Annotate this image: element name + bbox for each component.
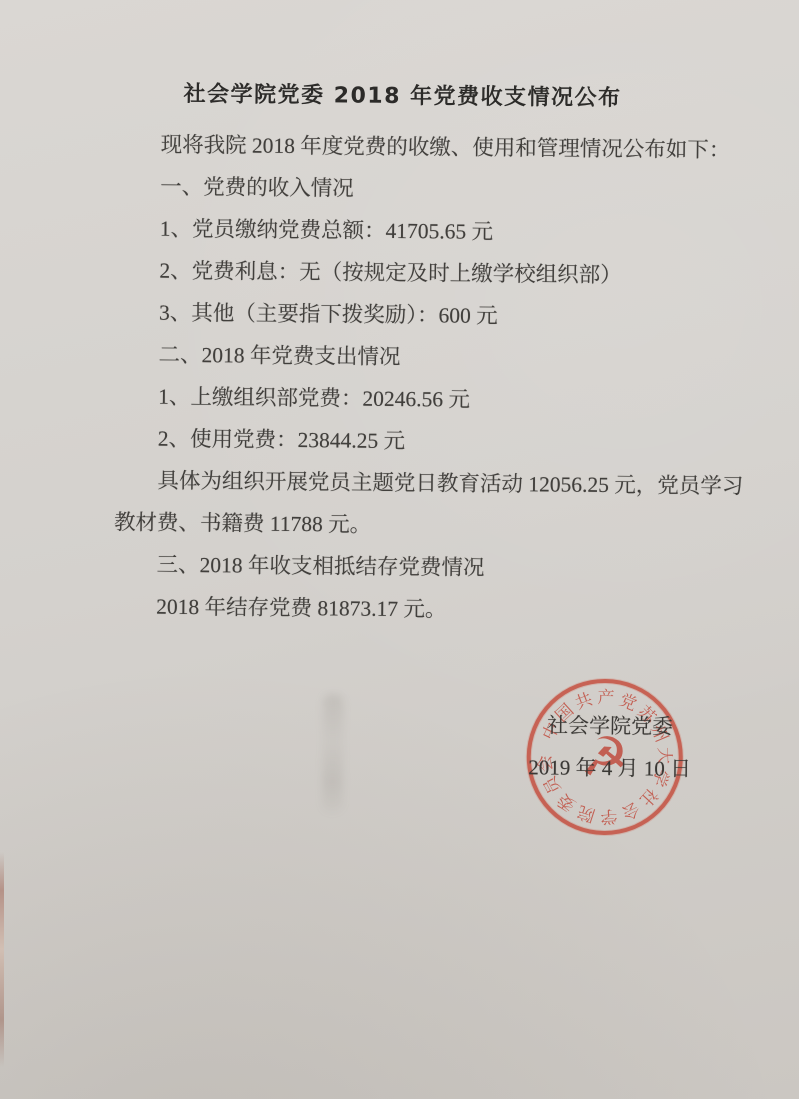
paragraph-section-1-heading: 一、党费的收入情况 [117, 165, 761, 213]
paragraph-income-item-1: 1、党员缴纳党费总额：41705.65 元 [117, 207, 761, 255]
seal-ring-char: 院 [575, 801, 597, 825]
paragraph-section-3-heading: 三、2018 年收支相抵结存党费情况 [113, 543, 757, 591]
paragraph-expense-detail: 具体为组织开展党员主题党日教育活动 12056.25 元，党员学习教材费、书籍费… [114, 459, 759, 549]
signature-org: 社会学院党委 [480, 704, 740, 748]
seal-ring-char: 委 [554, 789, 580, 815]
photographed-document: 社会学院党委 2018 年党费收支情况公布 现将我院 2018 年度党费的收缴、… [0, 0, 799, 1099]
photo-edge-artifact [0, 852, 4, 1067]
paragraph-intro: 现将我院 2018 年度党费的收缴、使用和管理情况公布如下： [117, 123, 761, 171]
seal-ring-char: 会 [618, 797, 642, 822]
signature-block: 社会学院党委 2019 年 4 月 10 日 [479, 704, 740, 790]
paragraph-expense-item-1: 1、上缴组织部党费：20246.56 元 [115, 375, 759, 423]
paragraph-balance: 2018 年结存党费 81873.17 元。 [113, 585, 757, 633]
document-title: 社会学院党委 2018 年党费收支情况公布 [3, 75, 799, 114]
document-body: 现将我院 2018 年度党费的收缴、使用和管理情况公布如下： 一、党费的收入情况… [113, 123, 762, 633]
signature-date: 2019 年 4 月 10 日 [479, 746, 739, 790]
seal-ring-char: 学 [600, 805, 618, 826]
document-sheet: 社会学院党委 2018 年党费收支情况公布 现将我院 2018 年度党费的收缴、… [0, 0, 799, 1099]
paragraph-expense-item-2: 2、使用党费：23844.25 元 [115, 417, 759, 465]
paragraph-income-item-3: 3、其他（主要指下拨奖励）：600 元 [116, 291, 760, 339]
paragraph-section-2-heading: 二、2018 年党费支出情况 [115, 333, 759, 381]
show-through-smudge [322, 694, 343, 812]
paragraph-income-item-2: 2、党费利息：无（按规定及时上缴学校组织部） [116, 249, 760, 297]
